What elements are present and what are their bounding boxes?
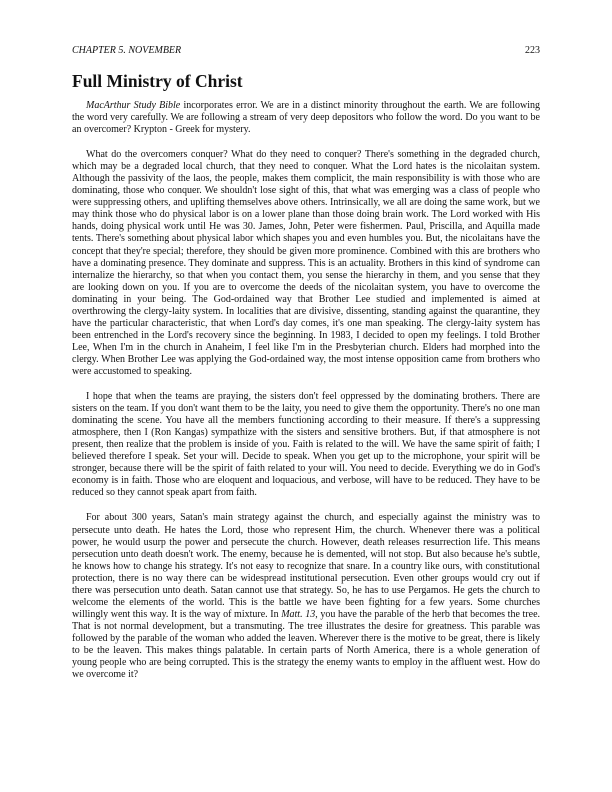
paragraph-3: I hope that when the teams are praying, …	[72, 391, 540, 499]
book-title-italic: MacArthur Study Bible	[86, 100, 180, 111]
chapter-label: CHAPTER 5. NOVEMBER	[72, 44, 181, 58]
section-title: Full Ministry of Christ	[72, 71, 540, 91]
paragraph-2-text: What do the overcomers conquer? What do …	[72, 149, 540, 377]
document-page: CHAPTER 5. NOVEMBER 223 Full Ministry of…	[72, 44, 540, 694]
page-number: 223	[525, 44, 540, 58]
running-header: CHAPTER 5. NOVEMBER 223	[72, 44, 540, 58]
scripture-reference-italic: Matt. 13	[281, 609, 315, 620]
paragraph-2: What do the overcomers conquer? What do …	[72, 149, 540, 378]
paragraph-1: MacArthur Study Bible incorporates error…	[72, 100, 540, 136]
paragraph-3-text: I hope that when the teams are praying, …	[72, 391, 540, 498]
paragraph-4-text-a: For about 300 years, Satan's main strate…	[72, 512, 540, 619]
paragraph-4: For about 300 years, Satan's main strate…	[72, 512, 540, 681]
